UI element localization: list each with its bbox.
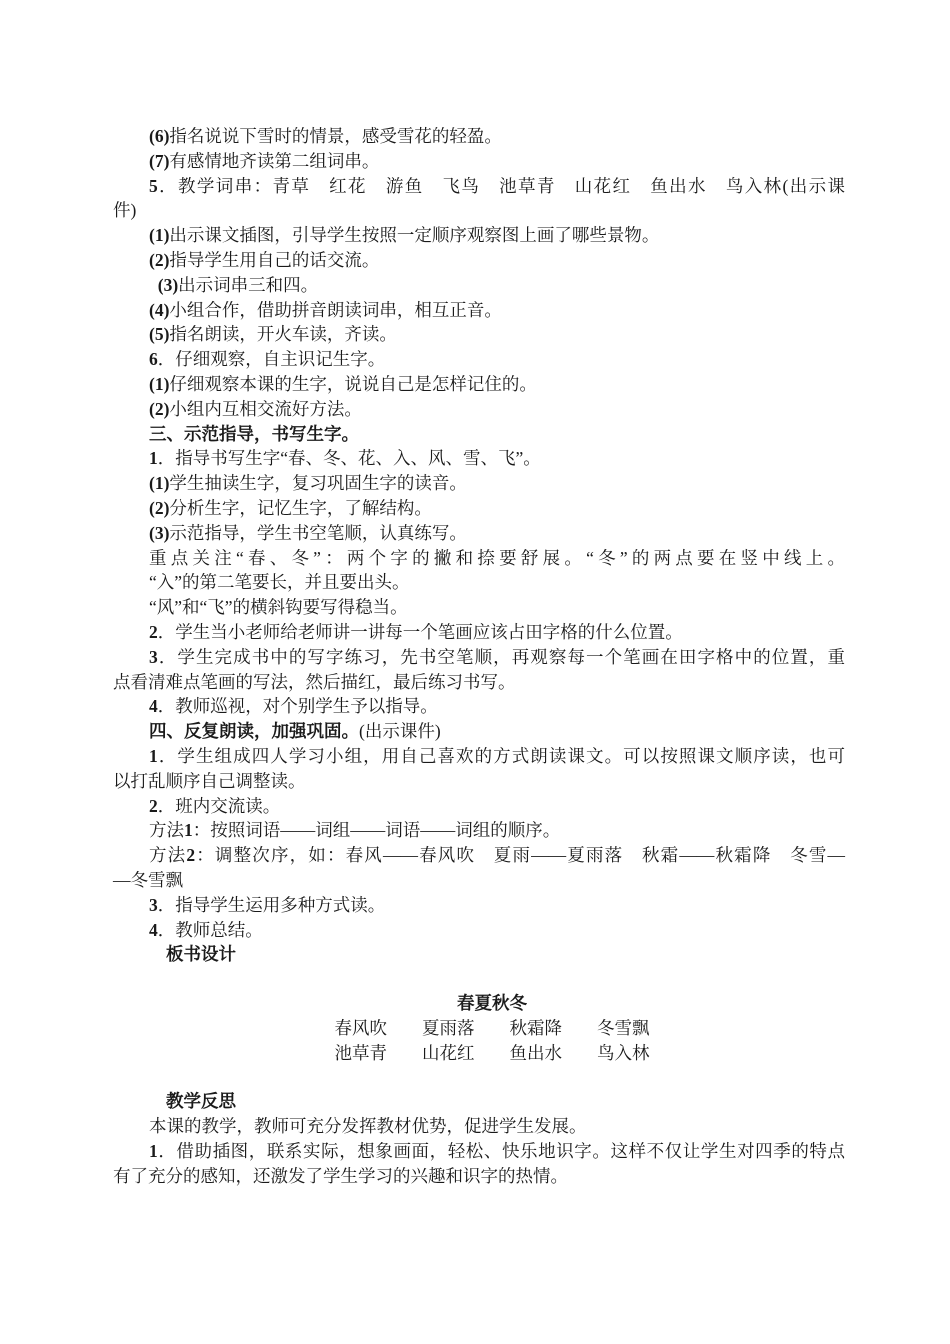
step-line-continuation: 以打乱顺序自己调整读。 — [113, 769, 845, 794]
step-line: (7)有感情地齐读第二组词串。 — [113, 149, 845, 174]
step-line: 4．教师总结。 — [113, 918, 845, 943]
step-line: (1)出示课文插图，引导学生按照一定顺序观察图上画了哪些景物。 — [113, 223, 845, 248]
step-line: “风”和“飞”的横斜钩要写得稳当。 — [113, 595, 845, 620]
step-line: 重点关注“春、冬”：两个字的撇和捺要舒展。“冬”的两点要在竖中线上。 — [113, 546, 845, 571]
board-row: 春风吹 夏雨落 秋霜降 冬雪飘 — [113, 1016, 845, 1041]
step-line: (1)学生抽读生字，复习巩固生字的读音。 — [113, 471, 845, 496]
step-line: 3．学生完成书中的写字练习，先书空笔顺，再观察每一个笔画在田字格中的位置，重 — [113, 645, 845, 670]
step-line: 方法1：按照词语——词组——词语——词组的顺序。 — [113, 818, 845, 843]
step-line-continuation: 件) — [113, 198, 845, 223]
document-body: (6)指名说说下雪时的情景，感受雪花的轻盈。(7)有感情地齐读第二组词串。5．教… — [113, 124, 845, 1189]
step-line: 1．学生组成四人学习小组，用自己喜欢的方式朗读课文。可以按照课文顺序读，也可 — [113, 744, 845, 769]
step-line: 1．指导书写生字“春、冬、花、入、风、雪、飞”。 — [113, 446, 845, 471]
reflection-label: 教学反思 — [113, 1089, 845, 1114]
step-line: 方法2：调整次序，如：春风——春风吹 夏雨——夏雨落 秋霜——秋霜降 冬雪— — [113, 843, 845, 868]
reflection-line: 1．借助插图，联系实际，想象画面，轻松、快乐地识字。这样不仅让学生对四季的特点 — [113, 1139, 845, 1164]
section-heading: 四、反复朗读，加强巩固。(出示课件) — [113, 719, 845, 744]
step-line: (2)指导学生用自己的话交流。 — [113, 248, 845, 273]
step-line: (4)小组合作，借助拼音朗读词串，相互正音。 — [113, 298, 845, 323]
step-line: 2．班内交流读。 — [113, 794, 845, 819]
step-line: 4．教师巡视，对个别学生予以指导。 — [113, 694, 845, 719]
step-line-continuation: 点看清难点笔画的写法，然后描红，最后练习书写。 — [113, 670, 845, 695]
step-line: 5．教学词串：青草 红花 游鱼 飞鸟 池草青 山花红 鱼出水 鸟入林(出示课 — [113, 174, 845, 199]
step-line-continuation: —冬雪飘 — [113, 868, 845, 893]
step-line: (1)仔细观察本课的生字，说说自己是怎样记住的。 — [113, 372, 845, 397]
step-line: (2)小组内互相交流好方法。 — [113, 397, 845, 422]
step-line: 3．指导学生运用多种方式读。 — [113, 893, 845, 918]
board-title: 春夏秋冬 — [113, 991, 845, 1016]
step-line: (3)示范指导，学生书空笔顺，认真练写。 — [113, 521, 845, 546]
document-page: (6)指名说说下雪时的情景，感受雪花的轻盈。(7)有感情地齐读第二组词串。5．教… — [0, 0, 950, 1344]
reflection-line-continuation: 有了充分的感知，还激发了学生学习的兴趣和识字的热情。 — [113, 1164, 845, 1189]
step-line: (3)出示词串三和四。 — [113, 273, 845, 298]
board-row: 池草青 山花红 鱼出水 鸟入林 — [113, 1041, 845, 1066]
step-line: 2．学生当小老师给老师讲一讲每一个笔画应该占田字格的什么位置。 — [113, 620, 845, 645]
board-design-label: 板书设计 — [113, 942, 845, 967]
reflection-line: 本课的教学，教师可充分发挥教材优势，促进学生发展。 — [113, 1114, 845, 1139]
section-heading: 三、示范指导，书写生字。 — [113, 422, 845, 447]
step-line: (6)指名说说下雪时的情景，感受雪花的轻盈。 — [113, 124, 845, 149]
step-line: 6．仔细观察，自主识记生字。 — [113, 347, 845, 372]
step-line: “入”的第二笔要长，并且要出头。 — [113, 570, 845, 595]
step-line: (2)分析生字，记忆生字，了解结构。 — [113, 496, 845, 521]
step-line: (5)指名朗读，开火车读，齐读。 — [113, 322, 845, 347]
